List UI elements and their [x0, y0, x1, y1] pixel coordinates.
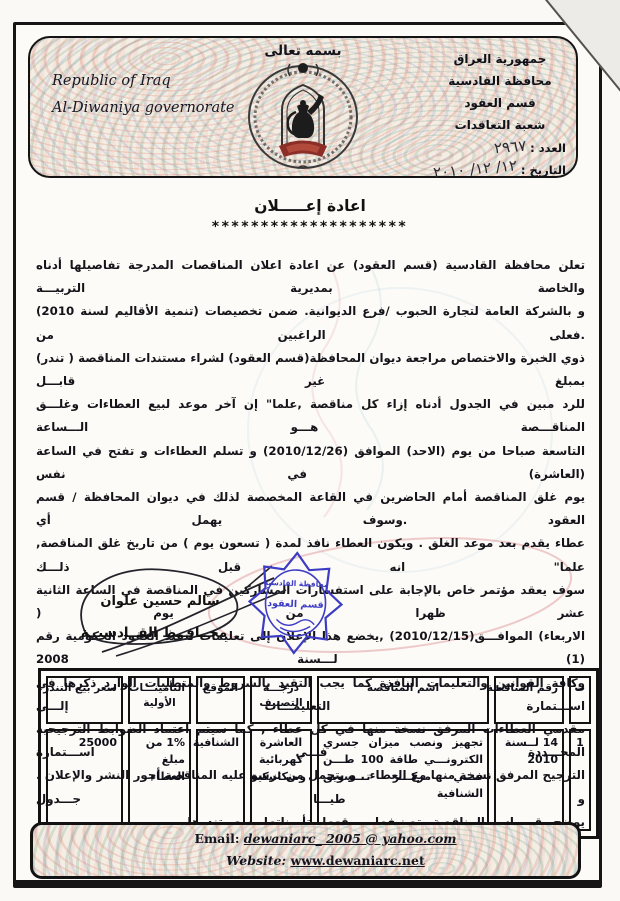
body-line: و بالشركة العامة لتجارة الحبوب /فرع الدي… — [36, 300, 585, 346]
email-line: Email: dewaniarc_ 2005 @ yahoo.com — [73, 831, 578, 847]
col-header-classification: درجـــة التصنيف — [250, 676, 312, 724]
arabic-country: جمهورية العراق — [434, 48, 566, 70]
governor-name: سالم حسين علوان — [86, 594, 234, 609]
website-label: Website: — [226, 853, 286, 868]
body-line: ذوي الخبرة والاختصاص مراجعة ديوان المحاف… — [36, 347, 585, 393]
stamp-governorate-text: محافظة القادسية — [264, 578, 329, 589]
tender-table: ت رقم المناقصة اسم المناقصة درجـــة التص… — [38, 668, 599, 839]
body-line: للرد مبين في الجدول أدناه إزاء كل مناقصة… — [36, 393, 585, 439]
governorate-emblem — [246, 58, 360, 172]
email-value: dewaniarc_ 2005 @ yahoo.com — [244, 831, 457, 846]
document-date-line: التاريخ : ١٢/ ١٢/ ٢٠١٠ — [406, 160, 566, 178]
cell-seq: 1 — [569, 729, 591, 831]
email-label: Email: — [194, 831, 239, 846]
table-header-row: ت رقم المناقصة اسم المناقصة درجـــة التص… — [46, 676, 591, 724]
col-header-tender-no: رقم المناقصة — [494, 676, 564, 724]
cell-tender-no: 14 لــسنة 2010 — [494, 729, 564, 831]
col-header-seq: ت — [569, 676, 591, 724]
website-value: www.dewaniarc.net — [290, 853, 424, 868]
col-header-location: الموقع — [196, 676, 245, 724]
cell-initial-deposit: 1% من مبلغ العطاء — [128, 729, 191, 831]
website-line: Website: www.dewaniarc.net — [73, 853, 578, 869]
arabic-governorate: محافظة القادسية — [434, 70, 566, 92]
contact-footer: Email: dewaniarc_ 2005 @ yahoo.com Websi… — [30, 822, 581, 879]
cell-location: الشنافية — [196, 729, 245, 831]
col-header-tender-name: اسم المناقصة — [317, 676, 489, 724]
contracts-department-stamp: محافظة القادسية قسم العقود — [245, 548, 346, 658]
contracting-division: شعبة التعاقدات — [434, 114, 566, 136]
table-row: 1 14 لــسنة 2010 تجهيز ونصب ميزان جسري ا… — [46, 729, 591, 831]
col-header-tender-price: سعر بيع التندر — [46, 676, 123, 724]
letterhead: بسمه تعالى Republic of Iraq Al-Diwaniya … — [28, 36, 578, 178]
body-line: التاسعة صباحا من يوم (الاحد) الموافق (20… — [36, 440, 585, 486]
contracts-dept: قسم العقود — [434, 92, 566, 114]
body-line: يوم غلق المناقصة أمام الحاضرين في القاعة… — [36, 486, 585, 532]
body-line: تعلن محافظة القادسية (قسم العقود) عن اعا… — [36, 254, 585, 300]
cell-tender-price: 25000 — [46, 729, 123, 831]
tender-table-container: ت رقم المناقصة اسم المناقصة درجـــة التص… — [38, 668, 591, 839]
governor-title: محــافــظ القــادسيــة — [64, 625, 244, 641]
number-value-handwritten: ٢٩٦٧ — [493, 137, 527, 158]
document-number-line: العدد : ٢٩٦٧ — [416, 138, 566, 156]
english-country: Republic of Iraq — [52, 68, 235, 95]
cell-classification: العاشرة كهربائية وميكانيكية — [250, 729, 312, 831]
english-governorate: Al-Diwaniya governorate — [52, 95, 235, 122]
arabic-letterhead: جمهورية العراق محافظة القادسية قسم العقو… — [434, 48, 566, 136]
announcement-title: اعادة إعـــــلان — [0, 197, 620, 215]
date-value-handwritten: ١٢/ ١٢/ ٢٠١٠ — [432, 156, 517, 181]
date-label: التاريخ : — [521, 163, 566, 177]
title-divider-stars: ******************** — [0, 219, 620, 235]
english-letterhead: Republic of Iraq Al-Diwaniya governorate — [52, 68, 235, 122]
scanned-document-page: بسمه تعالى Republic of Iraq Al-Diwaniya … — [0, 0, 620, 901]
number-label: العدد : — [530, 141, 566, 155]
cell-tender-name: تجهيز ونصب ميزان جسري الكترونـــي طاقة 1… — [317, 729, 489, 831]
col-header-initial-deposit: التأمينـــات الأولية — [128, 676, 191, 724]
stamp-department-text: قسم العقود — [267, 598, 324, 611]
